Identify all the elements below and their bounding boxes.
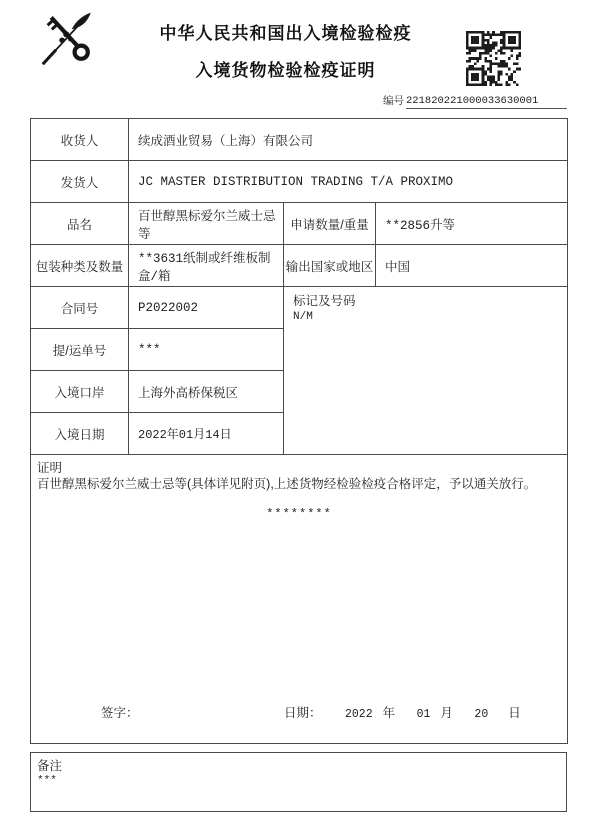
table-row: 合同号 P2022002 标记及号码 N/M bbox=[31, 287, 568, 329]
table-row: 发货人 JC MASTER DISTRIBUTION TRADING T/A P… bbox=[31, 161, 568, 203]
date-year: 2022 bbox=[345, 708, 373, 721]
bill-label: 提/运单号 bbox=[31, 329, 129, 371]
ciq-emblem-icon bbox=[38, 8, 98, 70]
date-month: 01 bbox=[417, 708, 431, 721]
consignee-label: 收货人 bbox=[31, 119, 129, 161]
quantity-value: **2856升等 bbox=[376, 203, 568, 245]
signature-row: 签字： 日期： 2022年 01月 20日 bbox=[31, 703, 567, 721]
certificate-table: 收货人 续成酒业贸易（上海）有限公司 发货人 JC MASTER DISTRIB… bbox=[30, 118, 568, 744]
bill-value: *** bbox=[129, 329, 284, 371]
table-row: 包装种类及数量 **3631纸制或纤维板制盒/箱 输出国家或地区 中国 bbox=[31, 245, 568, 287]
certificate-section: 证明 百世醇黑标爱尔兰威士忌等(具体详见附页),上述货物经检验检疫合格评定，予以… bbox=[31, 455, 568, 744]
date-label: 日期： bbox=[284, 703, 322, 721]
contract-value: P2022002 bbox=[129, 287, 284, 329]
date-day: 20 bbox=[474, 708, 488, 721]
document-subtitle: 入境货物检验检疫证明 bbox=[110, 56, 461, 81]
certificate-cell: 证明 百世醇黑标爱尔兰威士忌等(具体详见附页),上述货物经检验检疫合格评定，予以… bbox=[31, 455, 568, 744]
qr-code bbox=[466, 31, 521, 86]
certificate-section-label: 证明 bbox=[31, 455, 567, 476]
date-group: 2022年 01月 20日 bbox=[331, 703, 525, 721]
marks-cell: 标记及号码 N/M bbox=[284, 287, 568, 455]
serial-label: 编号 bbox=[383, 93, 404, 109]
serial-number-row: 编号 221820221000033630001 bbox=[383, 93, 567, 109]
export-country-label: 输出国家或地区 bbox=[284, 245, 376, 287]
product-value: 百世醇黑标爱尔兰威士忌等 bbox=[129, 203, 284, 245]
packaging-label: 包装种类及数量 bbox=[31, 245, 129, 287]
export-country-value: 中国 bbox=[376, 245, 568, 287]
product-label: 品名 bbox=[31, 203, 129, 245]
table-row: 收货人 续成酒业贸易（上海）有限公司 bbox=[31, 119, 568, 161]
date-day-unit: 日 bbox=[508, 706, 521, 720]
contract-label: 合同号 bbox=[31, 287, 129, 329]
certificate-stars: ******** bbox=[31, 507, 567, 521]
marks-label: 标记及号码 bbox=[293, 291, 563, 309]
marks-value: N/M bbox=[293, 311, 563, 323]
packaging-value: **3631纸制或纤维板制盒/箱 bbox=[129, 245, 284, 287]
remarks-box: 备注 *** bbox=[30, 752, 567, 812]
entry-date-label: 入境日期 bbox=[31, 413, 129, 455]
signature-label: 签字： bbox=[101, 703, 139, 721]
entry-date-value: 2022年01月14日 bbox=[129, 413, 284, 455]
remarks-label: 备注 bbox=[37, 756, 560, 774]
consignee-value: 续成酒业贸易（上海）有限公司 bbox=[129, 119, 568, 161]
entry-port-label: 入境口岸 bbox=[31, 371, 129, 413]
document-title: 中华人民共和国出入境检验检疫 bbox=[110, 24, 461, 44]
date-month-unit: 月 bbox=[440, 706, 453, 720]
remarks-value: *** bbox=[37, 775, 560, 787]
consignor-label: 发货人 bbox=[31, 161, 129, 203]
quantity-label: 申请数量/重量 bbox=[284, 203, 376, 245]
table-row: 品名 百世醇黑标爱尔兰威士忌等 申请数量/重量 **2856升等 bbox=[31, 203, 568, 245]
document-header: 中华人民共和国出入境检验检疫 入境货物检验检疫证明 bbox=[110, 24, 461, 81]
certificate-statement: 百世醇黑标爱尔兰威士忌等(具体详见附页),上述货物经检验检疫合格评定，予以通关放… bbox=[31, 476, 567, 493]
entry-port-value: 上海外高桥保税区 bbox=[129, 371, 284, 413]
serial-number: 221820221000033630001 bbox=[406, 95, 567, 109]
certificate-document: 中华人民共和国出入境检验检疫 入境货物检验检疫证明 编号 22182022100… bbox=[0, 0, 591, 835]
date-year-unit: 年 bbox=[383, 706, 396, 720]
consignor-value: JC MASTER DISTRIBUTION TRADING T/A PROXI… bbox=[129, 161, 568, 203]
